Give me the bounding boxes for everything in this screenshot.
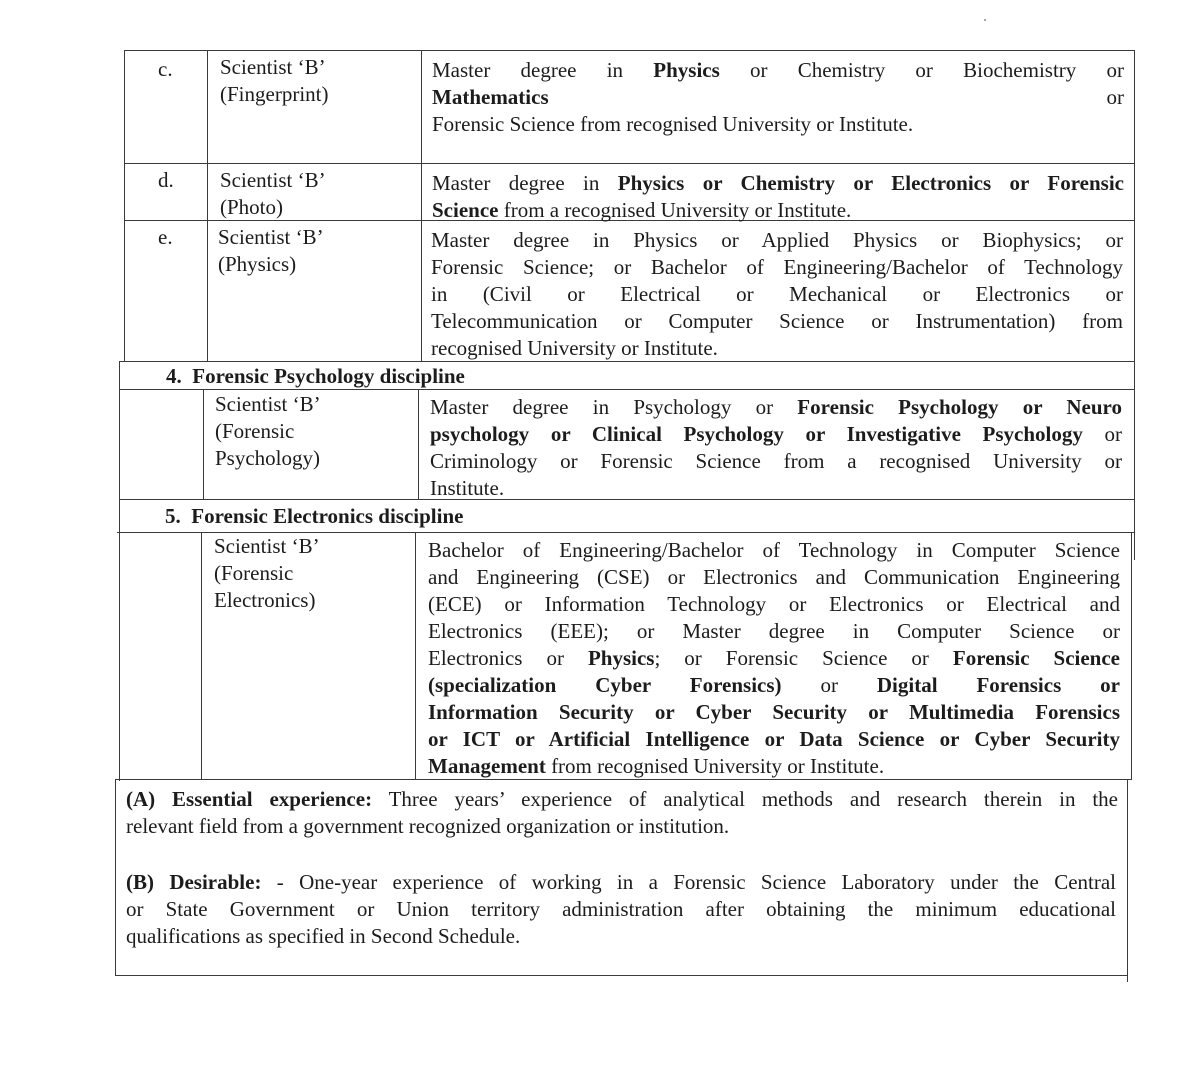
section4-number: 4. xyxy=(166,364,182,388)
qualification-text: Master degree in xyxy=(432,58,653,82)
qualification-text: and Engineering (CSE) or Electronics and… xyxy=(428,565,1120,589)
qualification-line: (specialization Cyber Forensics) or Digi… xyxy=(428,672,1120,699)
row-d-post-title: Scientist ‘B’ xyxy=(220,167,326,194)
essential-line-1: (A) Essential experience: Three years’ e… xyxy=(126,786,1118,813)
col-divider-2 xyxy=(421,50,422,362)
qualification-emphasis: Digital Forensics or xyxy=(877,673,1120,697)
qualification-line: Forensic Science from recognised Univers… xyxy=(432,111,1124,138)
qualification-text: Bachelor of Engineering/Bachelor of Tech… xyxy=(428,538,1120,562)
row-c-post-specialty: (Fingerprint) xyxy=(220,81,328,108)
qualification-emphasis: Physics xyxy=(588,646,655,670)
section4-left-border xyxy=(119,361,120,781)
row-e-qualification: Master degree in Physics or Applied Phys… xyxy=(431,227,1123,362)
section4-col-divider-2 xyxy=(418,389,419,499)
qualification-text: from recognised University or Institute. xyxy=(546,754,884,778)
essential-line-2: relevant field from a government recogni… xyxy=(126,813,1118,840)
qualification-text: or xyxy=(1083,422,1122,446)
qualification-emphasis: psychology or Clinical Psychology or Inv… xyxy=(430,422,1083,446)
row-e-post-title: Scientist ‘B’ xyxy=(218,224,324,251)
section5-col-divider-2 xyxy=(415,532,416,780)
row-c-qualification: Master degree in Physics or Chemistry or… xyxy=(432,57,1124,138)
qualification-line: Management from recognised University or… xyxy=(428,753,1120,780)
qualification-emphasis: Forensic Psychology or Neuro xyxy=(797,395,1122,419)
row-c-post-title: Scientist ‘B’ xyxy=(220,54,328,81)
qualification-line: Science from a recognised University or … xyxy=(432,197,1124,224)
essential-label: (A) Essential experience: xyxy=(126,787,372,811)
col-divider-1 xyxy=(207,50,208,362)
desirable-experience: (B) Desirable: - One-year experience of … xyxy=(126,869,1116,950)
qualification-line: Master degree in Psychology or Forensic … xyxy=(430,394,1122,421)
qualification-line: Forensic Science; or Bachelor of Enginee… xyxy=(431,254,1123,281)
qualification-emphasis: Science xyxy=(432,198,498,222)
section5-right-border xyxy=(1131,532,1132,780)
qualification-text: or xyxy=(782,673,877,697)
essential-text-2: relevant field from a government recogni… xyxy=(126,814,729,838)
section5-post-line: Electronics) xyxy=(214,587,320,614)
section4-post: Scientist ‘B’ (Forensic Psychology) xyxy=(215,391,321,472)
qualification-text: ; or Forensic Science or xyxy=(654,646,952,670)
row-e-post-specialty: (Physics) xyxy=(218,251,324,278)
row-c-post: Scientist ‘B’ (Fingerprint) xyxy=(220,54,328,108)
section5-heading: 5. Forensic Electronics discipline xyxy=(165,503,463,530)
qualification-text: Forensic Science; or Bachelor of Enginee… xyxy=(431,255,1123,279)
section4-col-divider-1 xyxy=(203,389,204,499)
row-d-qualification: Master degree in Physics or Chemistry or… xyxy=(432,170,1124,224)
qualification-emphasis: Information Security or Cyber Security o… xyxy=(428,700,1120,724)
section5-qualification: Bachelor of Engineering/Bachelor of Tech… xyxy=(428,537,1120,780)
experience-left-border xyxy=(115,779,116,975)
row-divider-c-d xyxy=(124,163,1135,164)
qualification-line: Mathematics or xyxy=(432,84,1124,111)
qualification-line: or ICT or Artificial Intelligence or Dat… xyxy=(428,726,1120,753)
row-e-index: e. xyxy=(158,224,173,251)
qualification-line: Telecommunication or Computer Science or… xyxy=(431,308,1123,335)
qualification-text: Electronics (EEE); or Master degree in C… xyxy=(428,619,1120,643)
qualification-line: Electronics or Physics; or Forensic Scie… xyxy=(428,645,1120,672)
qualification-line: psychology or Clinical Psychology or Inv… xyxy=(430,421,1122,448)
scan-speck xyxy=(984,19,986,21)
qualification-text: or Chemistry or Biochemistry or xyxy=(720,58,1124,82)
desirable-line-1: (B) Desirable: - One-year experience of … xyxy=(126,869,1116,896)
section5-col-divider-1 xyxy=(201,532,202,780)
qualification-line: in (Civil or Electrical or Mechanical or… xyxy=(431,281,1123,308)
section5-title: Forensic Electronics discipline xyxy=(191,504,463,528)
section4-heading: 4. Forensic Psychology discipline xyxy=(166,363,465,390)
qualification-line: Master degree in Physics or Applied Phys… xyxy=(431,227,1123,254)
qualification-text: from a recognised University or Institut… xyxy=(498,198,851,222)
qualification-line: Master degree in Physics or Chemistry or… xyxy=(432,57,1124,84)
section5-post: Scientist ‘B’ (Forensic Electronics) xyxy=(214,533,320,614)
essential-text-1: Three years’ experience of analytical me… xyxy=(389,787,1118,811)
qualification-text: (ECE) or Information Technology or Elect… xyxy=(428,592,1120,616)
section5-post-line: (Forensic xyxy=(214,560,320,587)
qualification-emphasis: Forensic Science xyxy=(953,646,1120,670)
experience-bottom xyxy=(115,975,1128,976)
qualification-text: Criminology or Forensic Science from a r… xyxy=(430,449,1122,473)
essential-experience: (A) Essential experience: Three years’ e… xyxy=(126,786,1118,840)
qualification-line: Institute. xyxy=(430,475,1122,502)
qualification-emphasis: Management xyxy=(428,754,546,778)
table-border-left xyxy=(124,50,125,362)
qualification-emphasis: or ICT or Artificial Intelligence or Dat… xyxy=(428,727,1120,751)
desirable-line-3: qualifications as specified in Second Sc… xyxy=(126,923,1116,950)
row-d-post-specialty: (Photo) xyxy=(220,194,326,221)
qualification-text: Electronics or xyxy=(428,646,588,670)
section4-qualification: Master degree in Psychology or Forensic … xyxy=(430,394,1122,502)
row-e-post: Scientist ‘B’ (Physics) xyxy=(218,224,324,278)
desirable-text-2: or State Government or Union territory a… xyxy=(126,897,1116,921)
qualification-line: and Engineering (CSE) or Electronics and… xyxy=(428,564,1120,591)
section4-post-line: Psychology) xyxy=(215,445,321,472)
row-c-index: c. xyxy=(158,56,173,83)
row-d-index: d. xyxy=(158,167,174,194)
qualification-text: Telecommunication or Computer Science or… xyxy=(431,309,1123,333)
desirable-label: (B) Desirable: xyxy=(126,870,261,894)
qualification-text: recognised University or Institute. xyxy=(431,336,718,360)
desirable-line-2: or State Government or Union territory a… xyxy=(126,896,1116,923)
qualification-text: Master degree in Psychology or xyxy=(430,395,797,419)
section5-number: 5. xyxy=(165,504,181,528)
qualification-text: Master degree in Physics or Applied Phys… xyxy=(431,228,1123,252)
qualification-emphasis: (specialization Cyber Forensics) xyxy=(428,673,782,697)
qualification-emphasis: Mathematics xyxy=(432,85,549,109)
qualification-text: or xyxy=(549,85,1124,109)
desirable-text-1: - One-year experience of working in a Fo… xyxy=(277,870,1116,894)
section5-post-line: Scientist ‘B’ xyxy=(214,533,320,560)
desirable-text-3: qualifications as specified in Second Sc… xyxy=(126,924,520,948)
section4-post-line: (Forensic xyxy=(215,418,321,445)
qualification-text: Forensic Science from recognised Univers… xyxy=(432,112,913,136)
qualification-text: in (Civil or Electrical or Mechanical or… xyxy=(431,282,1123,306)
qualification-line: Master degree in Physics or Chemistry or… xyxy=(432,170,1124,197)
experience-right-border xyxy=(1127,779,1128,982)
qualification-line: Bachelor of Engineering/Bachelor of Tech… xyxy=(428,537,1120,564)
qualification-emphasis: Physics xyxy=(653,58,720,82)
qualification-line: (ECE) or Information Technology or Elect… xyxy=(428,591,1120,618)
section4-post-line: Scientist ‘B’ xyxy=(215,391,321,418)
qualification-text: Master degree in xyxy=(432,171,618,195)
section4-title: Forensic Psychology discipline xyxy=(192,364,465,388)
qualification-line: recognised University or Institute. xyxy=(431,335,1123,362)
qualification-text: Institute. xyxy=(430,476,504,500)
qualification-emphasis: Physics or Chemistry or Electronics or F… xyxy=(618,171,1124,195)
row-d-post: Scientist ‘B’ (Photo) xyxy=(220,167,326,221)
table-border-right xyxy=(1134,50,1135,560)
qualification-line: Electronics (EEE); or Master degree in C… xyxy=(428,618,1120,645)
table-border-top xyxy=(124,50,1135,51)
qualification-line: Information Security or Cyber Security o… xyxy=(428,699,1120,726)
qualification-line: Criminology or Forensic Science from a r… xyxy=(430,448,1122,475)
